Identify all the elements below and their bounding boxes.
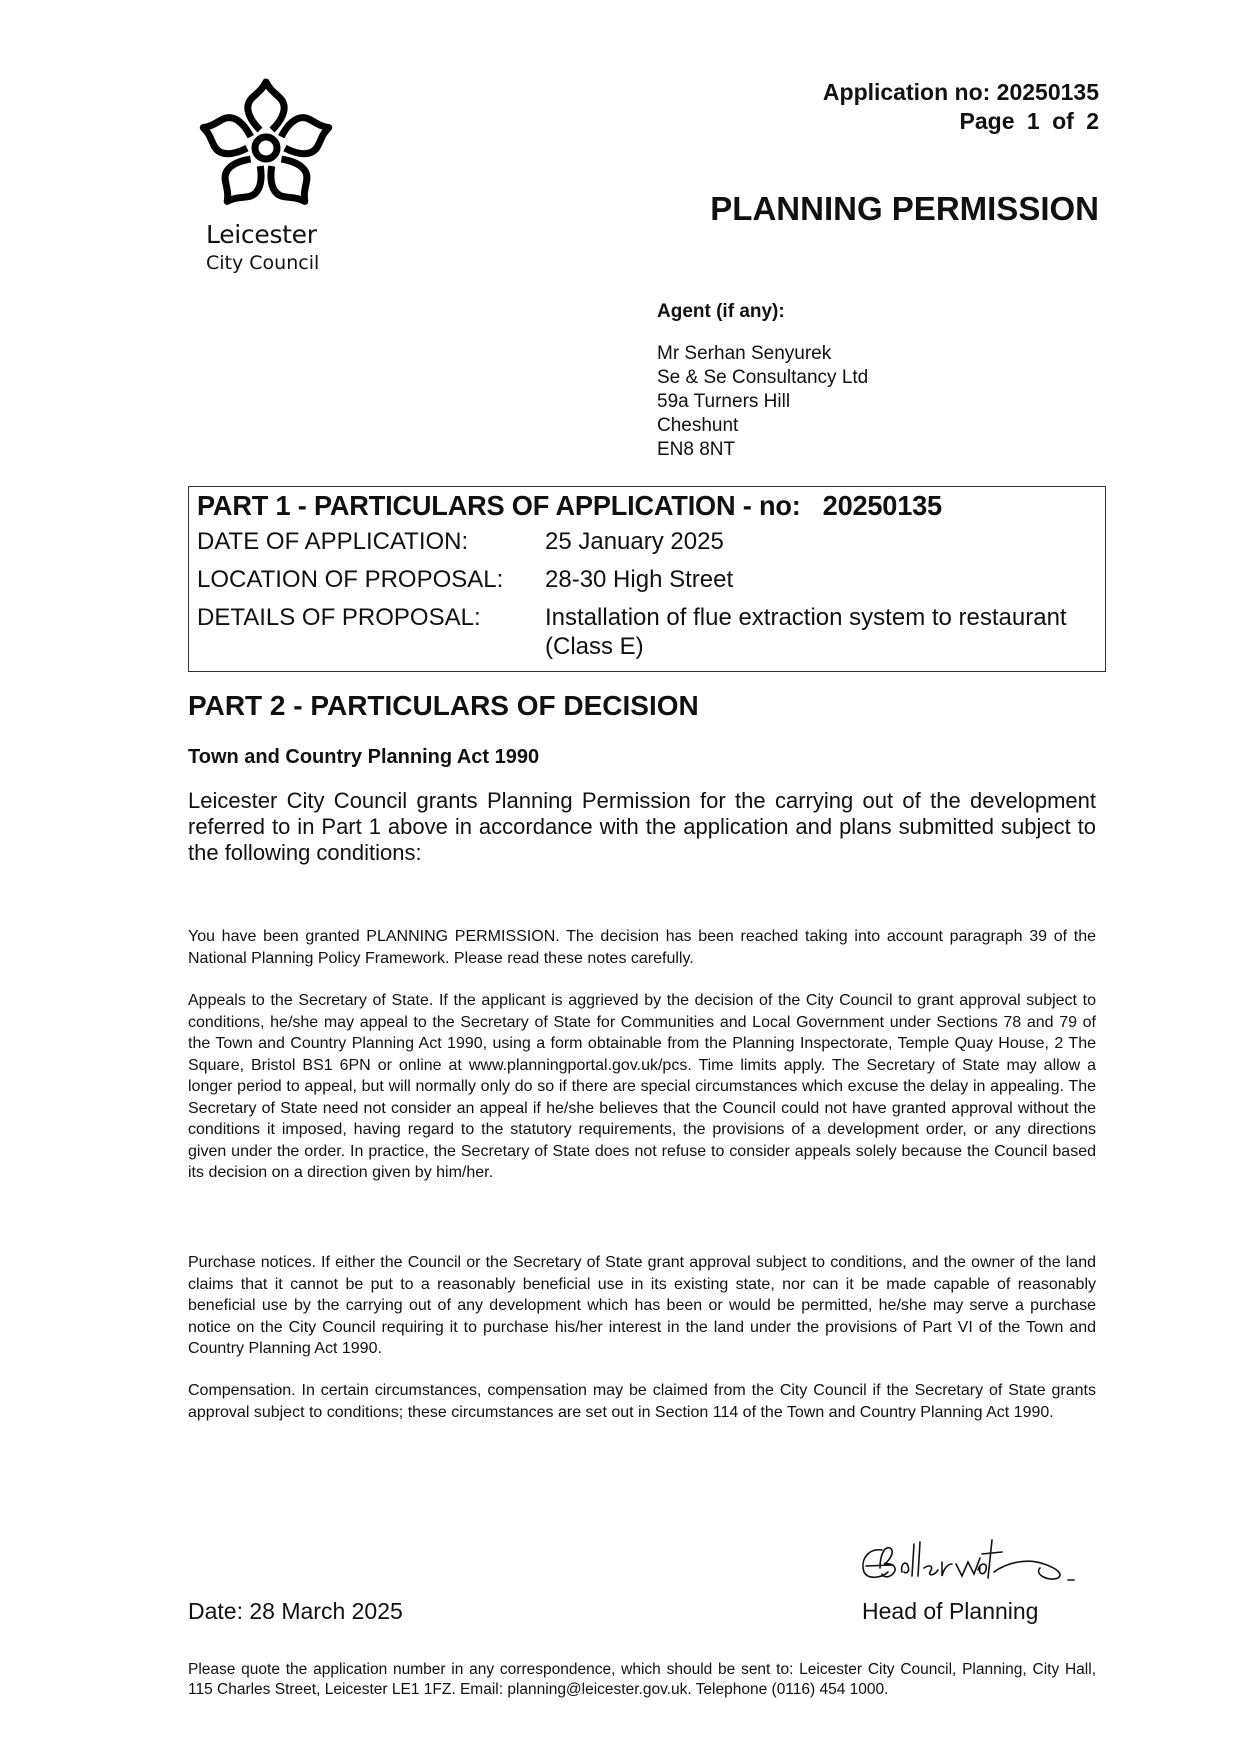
row-label: LOCATION OF PROPOSAL:: [197, 565, 545, 594]
row-label: DATE OF APPLICATION:: [197, 527, 545, 556]
document-title: PLANNING PERMISSION: [710, 190, 1099, 228]
part1-application-box: PART 1 - PARTICULARS OF APPLICATION - no…: [188, 486, 1106, 672]
row-label: DETAILS OF PROPOSAL:: [197, 603, 545, 661]
leicester-rose-icon: [196, 78, 336, 218]
note-appeals: Appeals to the Secretary of State. If th…: [188, 990, 1096, 1184]
grant-statement: Leicester City Council grants Planning P…: [188, 788, 1096, 866]
decision-date: Date: 28 March 2025: [188, 1598, 403, 1625]
part1-row: DATE OF APPLICATION: 25 January 2025: [197, 527, 1097, 556]
page-indicator: Page 1 of 2: [823, 107, 1099, 136]
council-logo: [190, 78, 340, 218]
part1-heading: PART 1 - PARTICULARS OF APPLICATION - no…: [197, 489, 1070, 523]
agent-line: Mr Serhan Senyurek: [657, 342, 868, 366]
agent-line: Se & Se Consultancy Ltd: [657, 366, 868, 390]
agent-line: Cheshunt: [657, 414, 868, 438]
council-name: Leicester: [206, 220, 317, 249]
part1-row: LOCATION OF PROPOSAL: 28-30 High Street: [197, 565, 1097, 594]
part1-row: DETAILS OF PROPOSAL: Installation of flu…: [197, 603, 1097, 661]
footer-contact: Please quote the application number in a…: [188, 1660, 1096, 1700]
note-purchase-notices: Purchase notices. If either the Council …: [188, 1252, 1096, 1360]
part2-heading: PART 2 - PARTICULARS OF DECISION: [188, 690, 699, 722]
signatory-role: Head of Planning: [862, 1598, 1038, 1625]
application-reference: Application no: 20250135 Page 1 of 2: [823, 78, 1099, 136]
application-number: Application no: 20250135: [823, 78, 1099, 107]
agent-label: Agent (if any):: [657, 300, 868, 324]
agent-line: EN8 8NT: [657, 438, 868, 462]
note-granted: You have been granted PLANNING PERMISSIO…: [188, 926, 1096, 969]
handwritten-signature-icon: [858, 1538, 1098, 1593]
act-subheading: Town and Country Planning Act 1990: [188, 746, 539, 769]
row-value: 28-30 High Street: [545, 565, 1097, 594]
council-subtitle: City Council: [206, 252, 319, 274]
agent-block: Agent (if any): Mr Serhan Senyurek Se & …: [657, 300, 868, 462]
note-compensation: Compensation. In certain circumstances, …: [188, 1380, 1096, 1423]
row-value: 25 January 2025: [545, 527, 1097, 556]
agent-line: 59a Turners Hill: [657, 390, 868, 414]
row-value: Installation of flue extraction system t…: [545, 603, 1097, 661]
